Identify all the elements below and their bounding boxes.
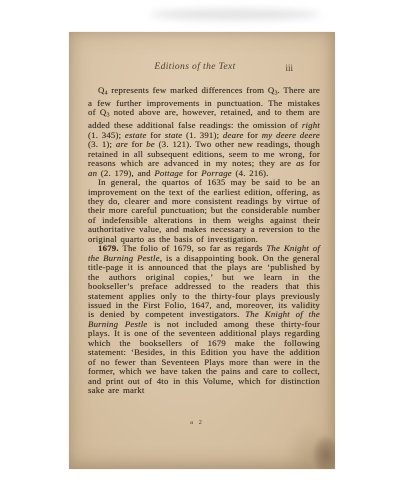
paragraph-quarto-differences: Q4 represents few marked differences fro…	[88, 86, 320, 178]
paragraph-quartos-1635: In general, the quartos of 1635 may be s…	[88, 178, 320, 244]
scanned-book-page: Editions of the Text iii Q4 represents f…	[0, 0, 402, 500]
running-head: Editions of the Text iii	[88, 62, 320, 75]
running-head-title: Editions of the Text	[154, 62, 235, 72]
paragraph-folio-1679: 1679. The folio of 1679, so far as regar…	[88, 244, 320, 395]
book-page: Editions of the Text iii Q4 represents f…	[69, 32, 335, 469]
scan-artifact-streak	[150, 9, 320, 20]
page-body: Q4 represents few marked differences fro…	[88, 86, 320, 396]
page-number: iii	[285, 63, 293, 73]
scan-smudge	[312, 435, 335, 469]
printer-signature: a 2	[69, 419, 325, 426]
